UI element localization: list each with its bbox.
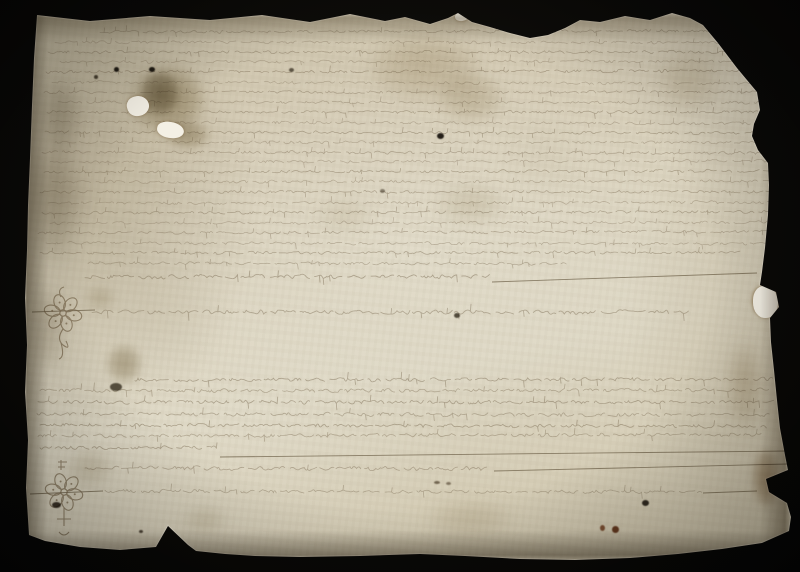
- handwriting-line: [55, 37, 744, 49]
- handwriting-line: [50, 217, 767, 229]
- handwriting-line: [38, 226, 770, 239]
- ink-rule-line: [220, 451, 788, 457]
- handwriting-line: [52, 177, 770, 188]
- handwriting-line: [40, 247, 740, 257]
- handwriting-line: [40, 383, 769, 397]
- handwriting-line: [44, 87, 762, 97]
- handwriting-line: [85, 271, 490, 285]
- handwriting-line: [50, 117, 763, 128]
- handwriting-line: [38, 395, 774, 410]
- handwriting-line: [50, 157, 769, 168]
- handwriting-line: [88, 257, 566, 270]
- manuscript-art-layer: [0, 0, 800, 572]
- dating-line: [105, 484, 702, 499]
- handwriting-line: [42, 206, 768, 218]
- handwriting-line: [44, 166, 770, 177]
- handwriting-line: [37, 408, 769, 421]
- handwriting-line: [40, 187, 772, 199]
- ink-rules: [30, 273, 788, 494]
- parchment-sheet: [0, 0, 800, 572]
- handwriting-line: [92, 304, 688, 320]
- handwriting-line: [46, 66, 757, 74]
- notarial-rosette: [44, 460, 83, 535]
- handwriting-line: [45, 127, 766, 138]
- handwriting-line: [38, 428, 761, 441]
- handwriting-line: [46, 239, 769, 249]
- ink-rule-line: [492, 273, 757, 282]
- handwriting-line: [48, 197, 771, 208]
- photo-backdrop: [0, 0, 800, 572]
- ink-rule-line: [703, 491, 757, 493]
- handwriting-line: [135, 372, 773, 387]
- handwriting-line: [42, 147, 766, 159]
- handwriting-line: [58, 97, 762, 107]
- handwriting-line: [55, 137, 766, 147]
- ink-rule-line: [494, 464, 788, 471]
- witness-line: [85, 462, 487, 473]
- parchment-rim-light: [25, 13, 791, 560]
- handwriting-line: [47, 107, 758, 119]
- handwriting-line: [40, 420, 766, 432]
- handwriting-line: [40, 443, 217, 450]
- handwriting-line: [60, 55, 757, 68]
- notarial-rosette: [43, 287, 82, 359]
- handwriting-line: [52, 80, 758, 85]
- second-paragraph-block: [37, 372, 774, 449]
- handwriting-line: [85, 462, 487, 473]
- handwriting-line: [48, 47, 751, 57]
- handwriting-line: [105, 484, 702, 499]
- main-text-block: [38, 26, 772, 270]
- handwriting-line: [100, 26, 743, 37]
